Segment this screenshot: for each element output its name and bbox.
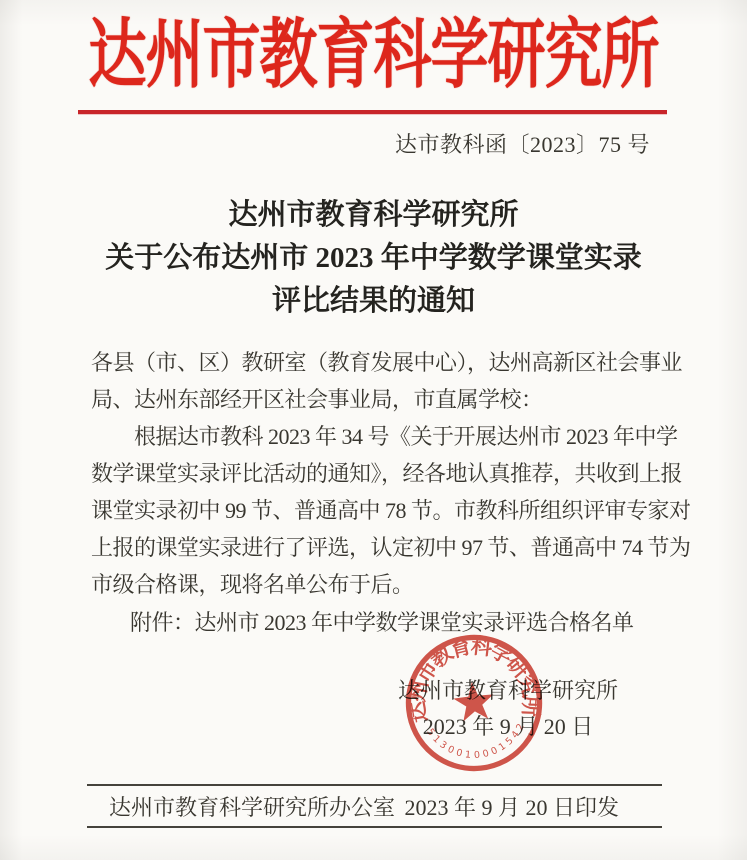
body-line: 各县（市、区）教研室（教育发展中心），达州高新区社会事业 — [91, 344, 669, 381]
body-line: 上报的课堂实录进行了评选，认定初中 97 节、普通高中 74 节为 — [91, 529, 669, 566]
official-seal: 达州市教育科学研究所 5130010001542 — [393, 622, 556, 785]
letterhead-divider-rule — [78, 110, 667, 114]
notice-title-line: 达州市教育科学研究所 — [0, 194, 747, 237]
seal-ring-text: 达州市教育科学研究所 — [398, 625, 547, 731]
footer-colophon: 达州市教育科学研究所办公室 2023 年 9 月 20 日印发 — [87, 784, 662, 828]
scanned-notice-page: 达州市教育科学研究所 达市教科函〔2023〕75 号 达州市教育科学研究所 关于… — [0, 0, 747, 860]
letterhead-title: 达州市教育科学研究所 — [0, 17, 747, 95]
body-line: 根据达市教科 2023 年 34 号《关于开展达州市 2023 年中学 — [91, 418, 669, 455]
footer-office: 达州市教育科学研究所办公室 — [109, 791, 395, 822]
star-icon — [452, 680, 496, 722]
notice-title-line: 关于公布达州市 2023 年中学数学课堂实录 — [0, 237, 747, 280]
body-line: 课堂实录初中 99 节、普通高中 78 节。市教科所组织评审专家对 — [91, 492, 669, 529]
notice-body: 各县（市、区）教研室（教育发展中心），达州高新区社会事业 局、达州东部经开区社会… — [91, 344, 669, 603]
document-number: 达市教科函〔2023〕75 号 — [395, 128, 650, 159]
attachment-line: 附件：达州市 2023 年中学数学课堂实录评选合格名单 — [91, 606, 691, 637]
footer-print-date: 2023 年 9 月 20 日印发 — [404, 791, 619, 822]
notice-title: 达州市教育科学研究所 关于公布达州市 2023 年中学数学课堂实录 评比结果的通… — [0, 194, 747, 323]
body-line: 数学课堂实录评比活动的通知》，经各地认真推荐，共收到上报 — [91, 455, 669, 492]
body-line: 市级合格课，现将名单公布于后。 — [91, 566, 669, 603]
notice-title-line: 评比结果的通知 — [0, 280, 747, 323]
body-line: 局、达州东部经开区社会事业局，市直属学校： — [91, 381, 669, 418]
